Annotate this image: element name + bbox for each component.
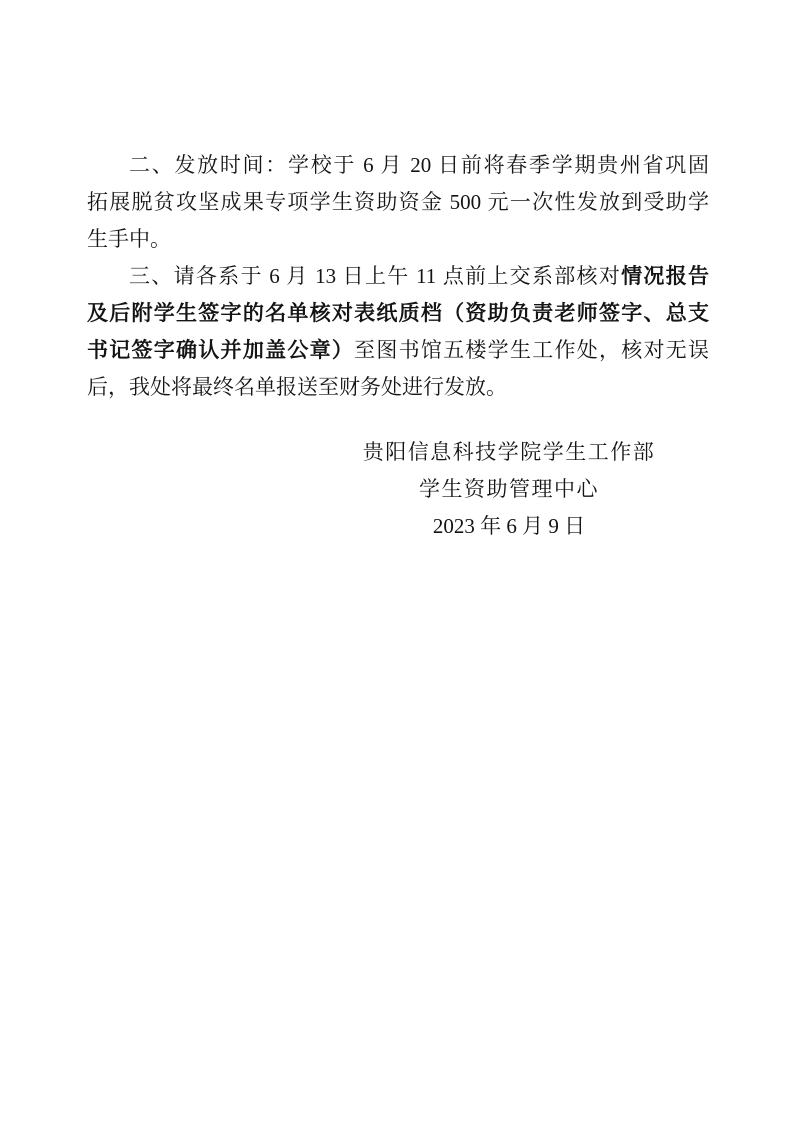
signature-department: 贵阳信息科技学院学生工作部	[309, 434, 709, 471]
text-run: 生手中。	[87, 227, 171, 251]
bold-emphasis-run: 书记签字确认并加盖公章）	[87, 338, 354, 362]
text-run: 三、请各系于 6 月 13 日上午 11 点前上交系部核对	[129, 264, 621, 288]
paragraph-submit-line-2: 及后附学生签字的名单核对表纸质档（资助负责老师签字、总支	[87, 295, 709, 332]
text-run: 拓展脱贫攻坚成果专项学生资助资金 500 元一次性发放到受助学	[87, 190, 709, 214]
paragraph-time-line-3: 生手中。	[87, 221, 709, 258]
text-run: 后，我处将最终名单报送至财务处进行发放。	[87, 375, 507, 399]
signature-date: 2023 年 6 月 9 日	[309, 508, 709, 545]
paragraph-submit-line-3: 书记签字确认并加盖公章）至图书馆五楼学生工作处，核对无误	[87, 332, 709, 369]
paragraph-submit-line-4: 后，我处将最终名单报送至财务处进行发放。	[87, 369, 709, 406]
signature-center: 学生资助管理中心	[309, 471, 709, 508]
notice-body: 二、发放时间：学校于 6 月 20 日前将春季学期贵州省巩固 拓展脱贫攻坚成果专…	[87, 147, 709, 406]
paragraph-time-line-2: 拓展脱贫攻坚成果专项学生资助资金 500 元一次性发放到受助学	[87, 184, 709, 221]
paragraph-submit-line-1: 三、请各系于 6 月 13 日上午 11 点前上交系部核对情况报告	[87, 258, 709, 295]
bold-emphasis-run: 及后附学生签字的名单核对表纸质档（资助负责老师签字、总支	[87, 301, 709, 325]
text-run: 至图书馆五楼学生工作处，核对无误	[354, 338, 709, 362]
paragraph-time-line-1: 二、发放时间：学校于 6 月 20 日前将春季学期贵州省巩固	[87, 147, 709, 184]
text-run: 二、发放时间：学校于 6 月 20 日前将春季学期贵州省巩固	[129, 153, 709, 177]
signature-block: 贵阳信息科技学院学生工作部 学生资助管理中心 2023 年 6 月 9 日	[309, 434, 709, 545]
document-page: 二、发放时间：学校于 6 月 20 日前将春季学期贵州省巩固 拓展脱贫攻坚成果专…	[0, 0, 793, 1122]
bold-emphasis-run: 情况报告	[621, 264, 709, 288]
